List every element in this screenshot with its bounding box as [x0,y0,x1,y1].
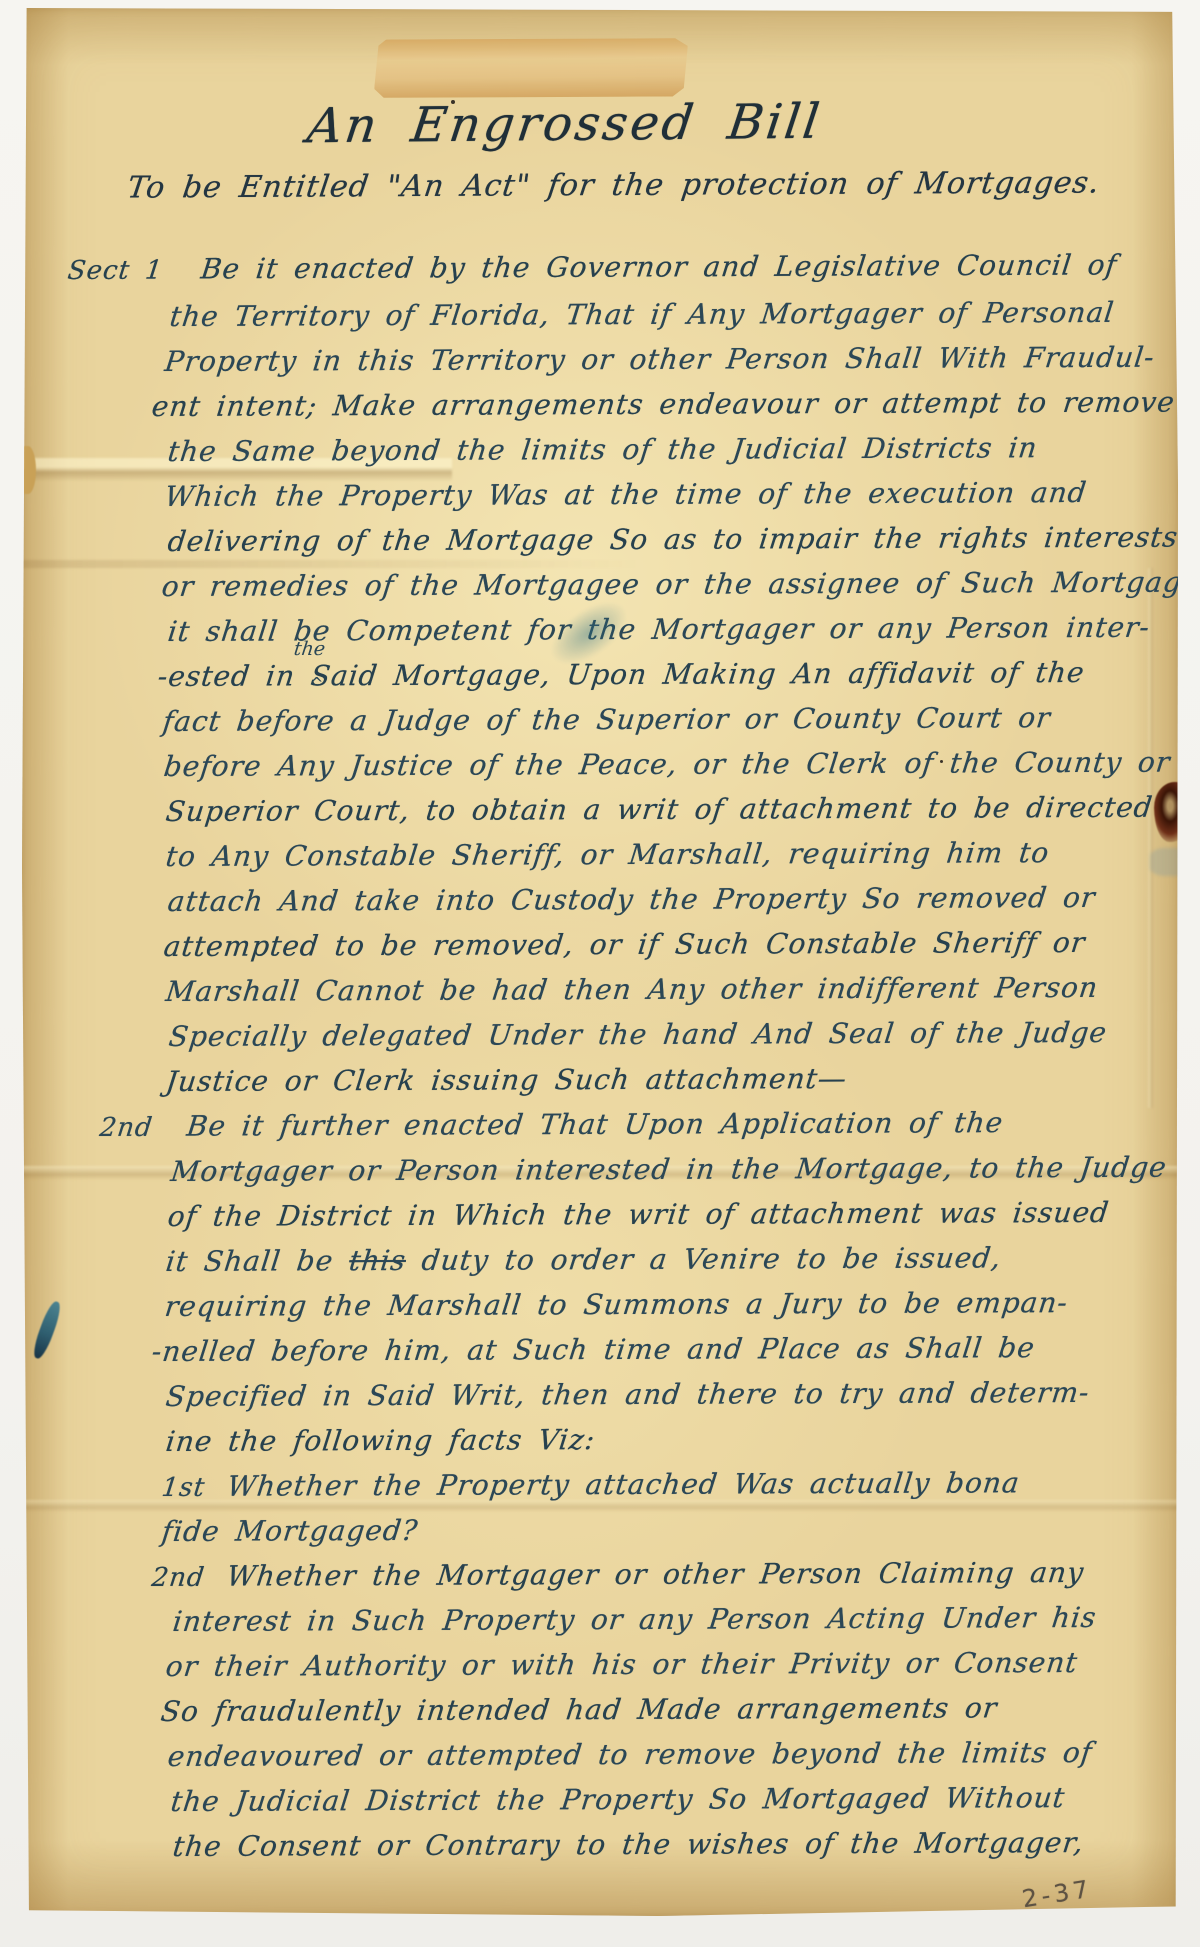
manuscript-line: requiring the Marshall to Summons a Jury… [163,1286,1070,1323]
gray-smudge [1150,848,1200,876]
manuscript-line: Which the Property Was at the time of th… [163,476,1089,513]
manuscript-line: before Any Justice of the Peace, or the … [162,746,1172,783]
manuscript-line: 2ndWhether the Mortgager or other Person… [150,1556,1086,1593]
manuscript-line: delivering of the Mortgage So as to impa… [166,521,1180,558]
document-title: An Engrossed Bill [304,94,825,154]
manuscript-line: Superior Court, to obtain a writ of atta… [164,791,1155,828]
inserted-word: the [293,638,327,660]
caret-mark: ^ [310,674,323,693]
document-subtitle: To be Entitled "An Act" for the protecti… [125,165,1102,205]
line-text: duty to order a Venire to be issued, [404,1241,1003,1277]
line-text: it Shall be [164,1244,351,1278]
line-text: Be it enacted by the Governor and Legisl… [199,248,1119,285]
item-marker: 2nd [150,1563,207,1593]
crease-line [22,560,642,568]
manuscript-line: 1stWhether the Property attached Was act… [160,1466,1022,1503]
paper-edge-nick [20,446,36,494]
struck-word: this [347,1244,408,1277]
manuscript-line: fact before a Judge of the Superior or C… [161,701,1053,738]
line-text: Be it further enacted That Upon Applicat… [185,1106,1005,1143]
tape-strip [374,36,689,99]
manuscript-line: the Judicial District the Property So Mo… [169,1781,1067,1818]
section-marker: Sect 1 [66,256,165,286]
manuscript-line: 2ndBe it further enacted That Upon Appli… [98,1106,1005,1143]
manuscript-line: Sect 1Be it enacted by the Governor and … [66,248,1119,286]
manuscript-line: -nelled before him, at Such time and Pla… [150,1331,1037,1368]
manuscript-line: ine the following facts Viz: [164,1423,597,1458]
manuscript-line: So fraudulently intended had Made arrang… [159,1691,999,1728]
manuscript-line: Specified in Said Writ, then and there t… [164,1376,1092,1413]
manuscript-line: or their Authority or with his or their … [164,1646,1080,1683]
line-text: Whether the Property attached Was actual… [225,1466,1021,1502]
manuscript-line: attach And take into Custody the Propert… [166,881,1097,918]
crease-line [1148,568,1153,1108]
manuscript-line: attempted to be removed, or if Such Cons… [162,926,1087,963]
manuscript-line: Justice or Clerk issuing Such attachment… [164,1062,849,1098]
manuscript-line: Property in this Territory or other Pers… [163,341,1157,378]
manuscript-line: ent intent; Make arrangements endeavour … [150,386,1177,423]
manuscript-line: the Same beyond the limits of the Judici… [166,431,1040,468]
manuscript-line: Marshall Cannot be had then Any other in… [164,971,1100,1008]
manuscript-line: fide Mortgaged? [160,1514,420,1548]
manuscript-line: endeavoured or attempted to remove beyon… [166,1736,1094,1773]
manuscript-line: of the District in Which the writ of att… [166,1196,1111,1233]
manuscript-line: interest in Such Property or any Person … [171,1601,1098,1638]
ink-stain [1154,782,1190,842]
item-marker: 1st [160,1473,207,1503]
manuscript-line: -ested in Said Mortgage, Upon Making An … [156,656,1087,693]
manuscript-line: to Any Constable Sheriff, or Marshall, r… [164,836,1051,873]
manuscript-line: the Territory of Florida, That if Any Mo… [168,296,1116,333]
line-text: Whether the Mortgager or other Person Cl… [225,1556,1086,1593]
manuscript-line: or remedies of the Mortgagee or the assi… [160,565,1200,603]
manuscript-line: Specially delegated Under the hand And S… [167,1016,1109,1053]
pencil-page-number: 2-37 [1020,1875,1094,1914]
blue-ink-mark [30,1299,64,1360]
manuscript-line: Mortgager or Person interested in the Mo… [169,1151,1169,1188]
section-marker: 2nd [98,1113,155,1143]
manuscript-page: An Engrossed Bill To be Entitled "An Act… [22,8,1178,1916]
manuscript-line: the Consent or Contrary to the wishes of… [171,1826,1086,1863]
manuscript-line: it Shall be this duty to order a Venire … [164,1241,1003,1278]
